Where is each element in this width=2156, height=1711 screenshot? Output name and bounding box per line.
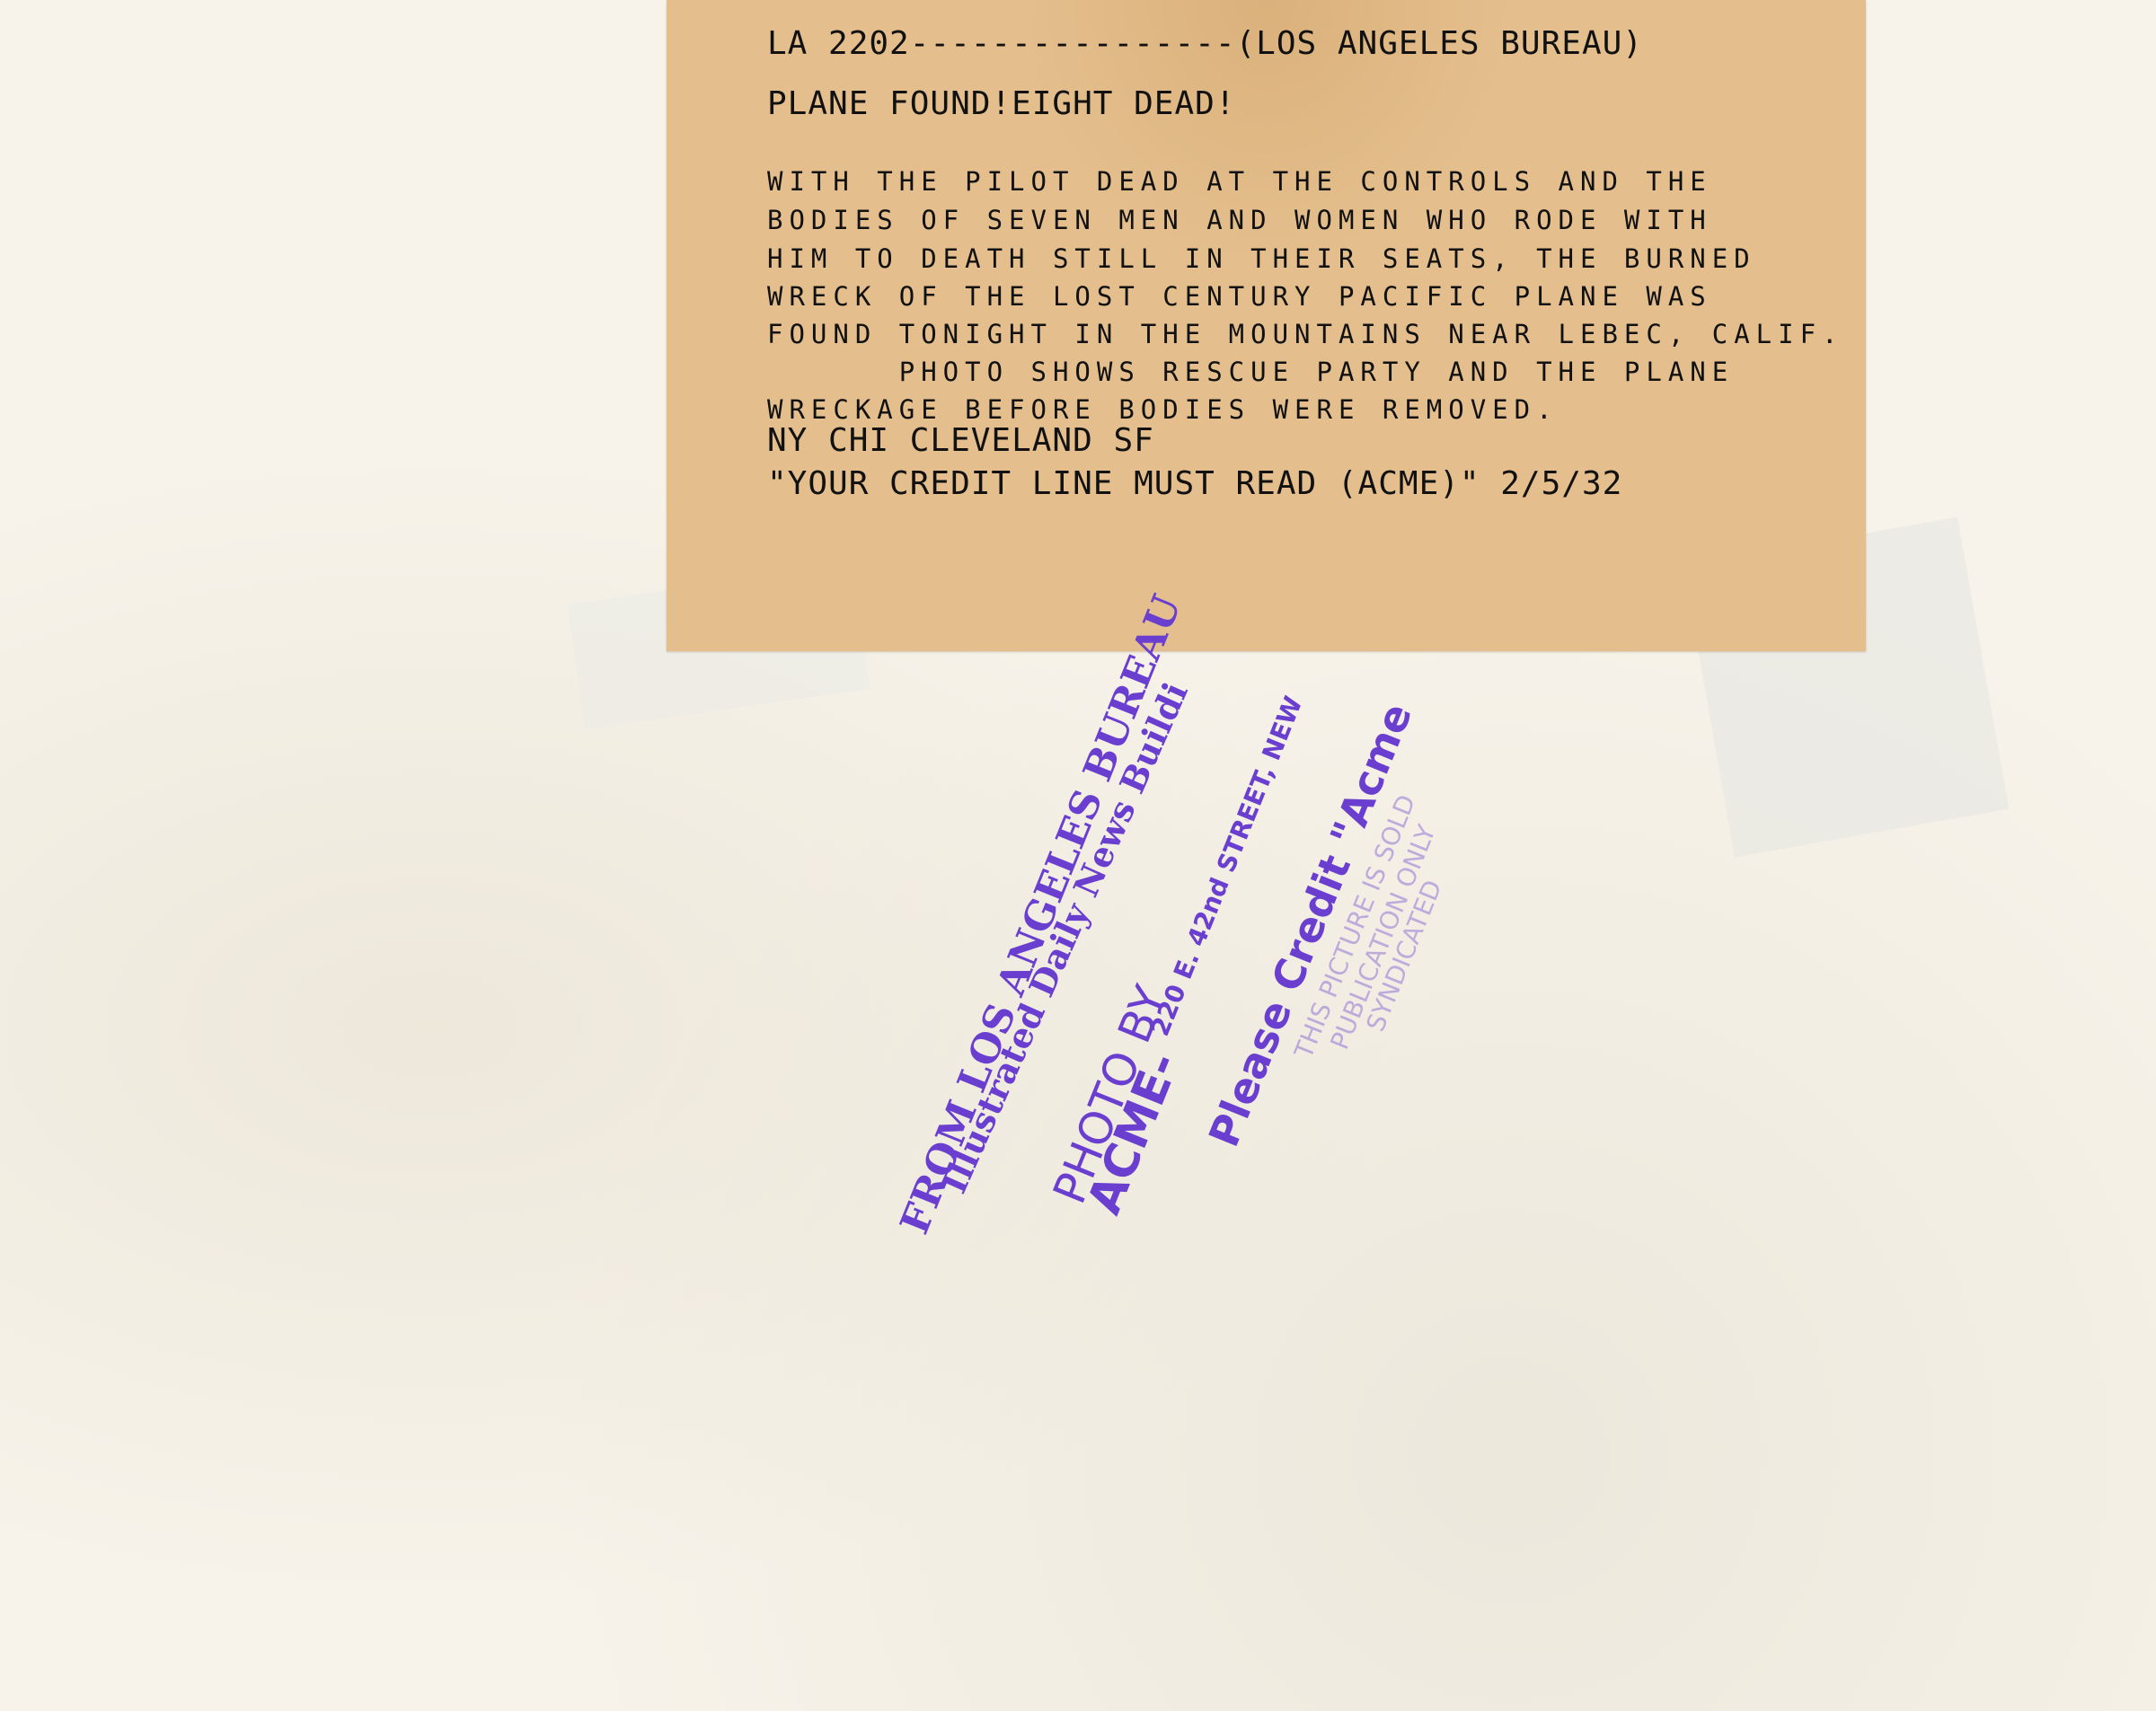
caption-body-line: BODIES OF SEVEN MEN AND WOMEN WHO RODE W…	[767, 205, 1712, 235]
caption-body-line: PHOTO SHOWS RESCUE PARTY AND THE PLANE	[767, 357, 1734, 387]
caption-card: LA 2202----------------(LOS ANGELES BURE…	[667, 0, 1866, 651]
caption-body-line: HIM TO DEATH STILL IN THEIR SEATS, THE B…	[767, 243, 1756, 274]
caption-body-line: WRECKAGE BEFORE BODIES WERE REMOVED.	[767, 394, 1559, 425]
caption-body-line: FOUND TONIGHT IN THE MOUNTAINS NEAR LEBE…	[767, 319, 1844, 349]
distribution-cities: NY CHI CLEVELAND SF	[767, 422, 1154, 459]
bureau-header: LA 2202----------------(LOS ANGELES BURE…	[767, 25, 1643, 62]
caption-body-line: WRECK OF THE LOST CENTURY PACIFIC PLANE …	[767, 281, 1712, 312]
headline: PLANE FOUND!EIGHT DEAD!	[767, 85, 1236, 122]
caption-body-line: WITH THE PILOT DEAD AT THE CONTROLS AND …	[767, 166, 1712, 197]
credit-line: "YOUR CREDIT LINE MUST READ (ACME)" 2/5/…	[767, 465, 1622, 502]
